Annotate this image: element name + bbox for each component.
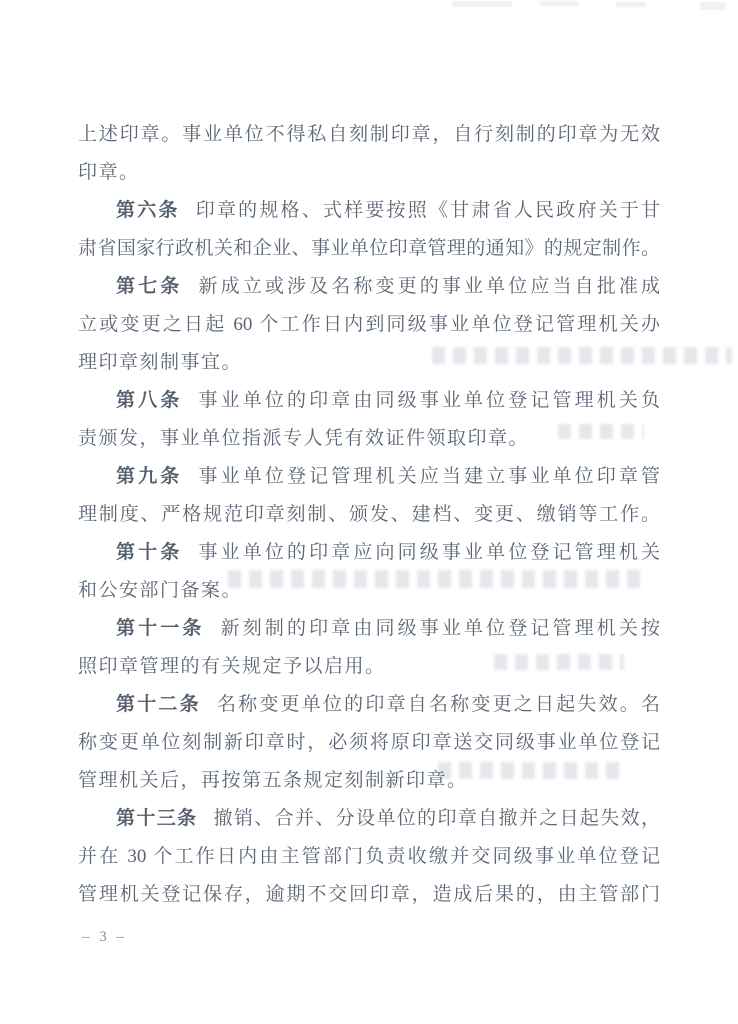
document-line: 第九条事业单位登记管理机关应当建立事业单位印章管 [78, 458, 660, 496]
line-text: 理印章刻制事宜。 [78, 352, 242, 373]
line-text: 印章。 [78, 162, 140, 183]
scanned-document-page: 上述印章。事业单位不得私自刻制印章，自行刻制的印章为无效 印章。 第六条印章的规… [0, 0, 738, 1024]
document-line: 立或变更之日起 60 个工作日内到同级事业单位登记管理机关办 [78, 306, 660, 344]
line-text: 上述印章。事业单位不得私自刻制印章，自行刻制的印章为无效 [78, 124, 660, 145]
document-line: 第七条新成立或涉及名称变更的事业单位应当自批准成 [78, 268, 660, 306]
line-text: 并在 30 个工作日内由主管部门负责收缴并交同级事业单位登记 [78, 846, 660, 867]
line-text: 印章的规格、式样要按照《甘肃省人民政府关于甘 [196, 200, 660, 221]
line-text: 新刻制的印章由同级事业单位登记管理机关按 [221, 618, 660, 639]
article-number: 第十一条 [116, 618, 205, 639]
article-number: 第八条 [116, 390, 182, 411]
document-line: 第十二条名称变更单位的印章自名称变更之日起失效。名 [78, 686, 660, 724]
document-line: 第八条事业单位的印章由同级事业单位登记管理机关负 [78, 382, 660, 420]
document-line: 责颁发，事业单位指派专人凭有效证件领取印章。 [78, 420, 660, 458]
document-line: 第六条印章的规格、式样要按照《甘肃省人民政府关于甘 [78, 192, 660, 230]
line-text: 称变更单位刻制新印章时，必须将原印章送交同级事业单位登记 [78, 732, 660, 753]
document-line: 上述印章。事业单位不得私自刻制印章，自行刻制的印章为无效 [78, 116, 660, 154]
document-body: 上述印章。事业单位不得私自刻制印章，自行刻制的印章为无效 印章。 第六条印章的规… [78, 116, 660, 914]
document-line: 理印章刻制事宜。 [78, 344, 660, 382]
page-number: – 3 – [82, 926, 127, 948]
scan-edge-artifact [452, 1, 512, 7]
line-text: 管理机关后，再按第五条规定刻制新印章。 [78, 770, 468, 791]
article-number: 第十三条 [116, 808, 197, 829]
line-text: 事业单位的印章由同级事业单位登记管理机关负 [199, 390, 660, 411]
document-line: 理制度、严格规范印章刻制、颁发、建档、变更、缴销等工作。 [78, 496, 660, 534]
document-line: 管理机关登记保存，逾期不交回印章，造成后果的，由主管部门 [78, 876, 660, 914]
scan-edge-artifact [700, 2, 726, 10]
article-number: 第六条 [116, 200, 180, 221]
line-text: 肃省国家行政机关和企业、事业单位印章管理的通知》的规定制作。 [78, 238, 660, 259]
line-text: 事业单位的印章应向同级事业单位登记管理机关 [199, 542, 660, 563]
scan-edge-artifact [540, 1, 578, 6]
document-line: 第十三条撤销、合并、分设单位的印章自撤并之日起失效， [78, 800, 660, 838]
line-text: 新成立或涉及名称变更的事业单位应当自批准成 [199, 276, 660, 297]
line-text: 事业单位登记管理机关应当建立事业单位印章管 [199, 466, 660, 487]
document-line: 印章。 [78, 154, 660, 192]
article-number: 第十二条 [116, 694, 201, 715]
article-number: 第十条 [116, 542, 182, 563]
document-line: 管理机关后，再按第五条规定刻制新印章。 [78, 762, 660, 800]
document-line: 称变更单位刻制新印章时，必须将原印章送交同级事业单位登记 [78, 724, 660, 762]
line-text: 名称变更单位的印章自名称变更之日起失效。名 [217, 694, 660, 715]
document-line: 肃省国家行政机关和企业、事业单位印章管理的通知》的规定制作。 [78, 230, 660, 268]
article-number: 第九条 [116, 466, 182, 487]
document-line: 第十一条新刻制的印章由同级事业单位登记管理机关按 [78, 610, 660, 648]
line-text: 责颁发，事业单位指派专人凭有效证件领取印章。 [78, 428, 529, 449]
line-text: 照印章管理的有关规定予以启用。 [78, 656, 386, 677]
line-text: 和公安部门备案。 [78, 580, 242, 601]
line-text: 撤销、合并、分设单位的印章自撤并之日起失效， [214, 808, 660, 829]
document-line: 第十条事业单位的印章应向同级事业单位登记管理机关 [78, 534, 660, 572]
article-number: 第七条 [116, 276, 182, 297]
scan-edge-artifact [616, 2, 646, 7]
line-text: 理制度、严格规范印章刻制、颁发、建档、变更、缴销等工作。 [78, 504, 660, 525]
document-line: 和公安部门备案。 [78, 572, 660, 610]
line-text: 立或变更之日起 60 个工作日内到同级事业单位登记管理机关办 [78, 314, 660, 335]
document-line: 照印章管理的有关规定予以启用。 [78, 648, 660, 686]
line-text: 管理机关登记保存，逾期不交回印章，造成后果的，由主管部门 [78, 884, 660, 905]
document-line: 并在 30 个工作日内由主管部门负责收缴并交同级事业单位登记 [78, 838, 660, 876]
